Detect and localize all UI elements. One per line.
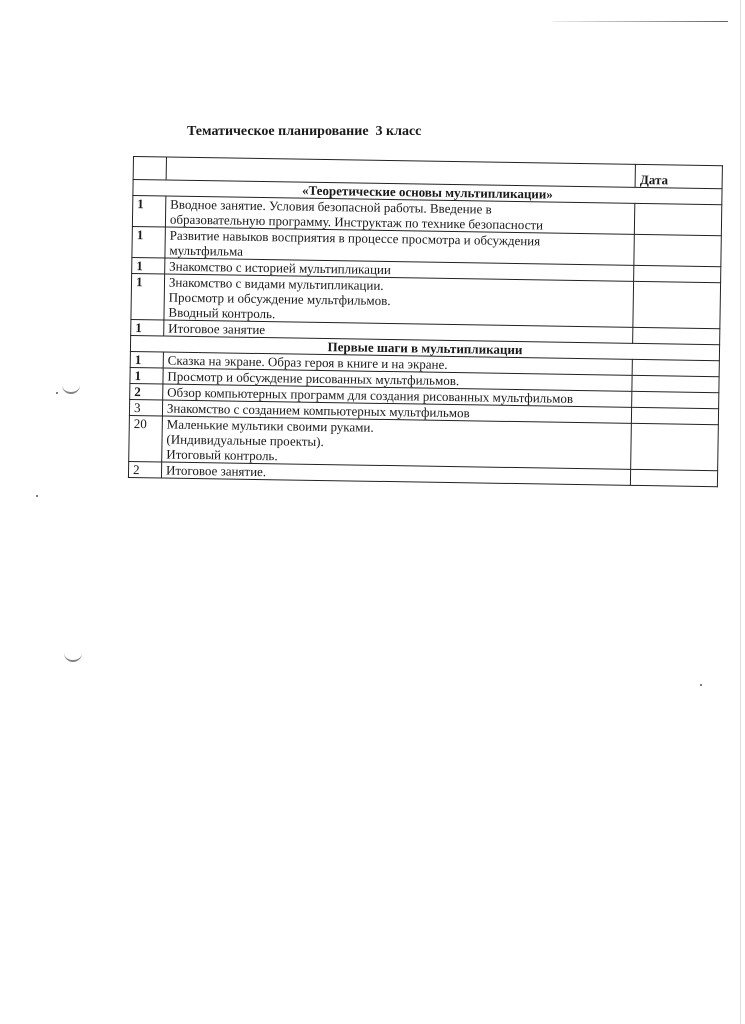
scan-speck [56, 392, 58, 394]
date-cell [633, 327, 720, 344]
hours-cell: 1 [130, 351, 163, 368]
date-cell [632, 391, 719, 408]
scan-speck [700, 684, 702, 686]
document-title: Тематическое планирование 3 класс [187, 124, 421, 140]
hours-cell: 1 [131, 319, 164, 336]
date-cell [633, 281, 720, 328]
punch-hole-mark [62, 380, 80, 394]
punch-hole-mark [64, 648, 82, 662]
date-cell [632, 375, 719, 392]
scan-speck [36, 495, 38, 497]
header-date-cell: Дата [635, 164, 722, 188]
hours-cell: 1 [132, 257, 165, 274]
scanned-page: Тематическое планирование 3 класс Дата «… [0, 0, 745, 1024]
thematic-plan-table-wrapper: Дата «Теоретические основы мультипликаци… [128, 156, 723, 487]
hours-cell: 1 [132, 196, 165, 228]
date-cell [634, 234, 721, 266]
hours-cell: 2 [128, 461, 161, 478]
date-cell [631, 423, 718, 470]
hours-cell: 1 [130, 367, 163, 384]
date-cell [635, 203, 722, 235]
date-cell [631, 469, 718, 486]
hours-cell: 2 [130, 383, 163, 400]
scan-artifact-line [553, 21, 728, 22]
hours-cell: 20 [129, 415, 163, 462]
hours-cell: 1 [132, 226, 165, 258]
header-hours-cell [133, 157, 166, 181]
thematic-plan-table: Дата «Теоретические основы мультипликаци… [128, 156, 723, 487]
topic-cell: Маленькие мультики своими руками.(Индиви… [162, 416, 632, 469]
hours-cell: 1 [131, 273, 165, 320]
scan-edge-line [740, 0, 741, 1024]
date-cell [632, 407, 719, 424]
date-cell [632, 359, 719, 376]
topic-cell: Знакомство с видами мультипликации.Просм… [164, 274, 634, 327]
hours-cell: 3 [129, 399, 162, 416]
date-cell [634, 265, 721, 282]
